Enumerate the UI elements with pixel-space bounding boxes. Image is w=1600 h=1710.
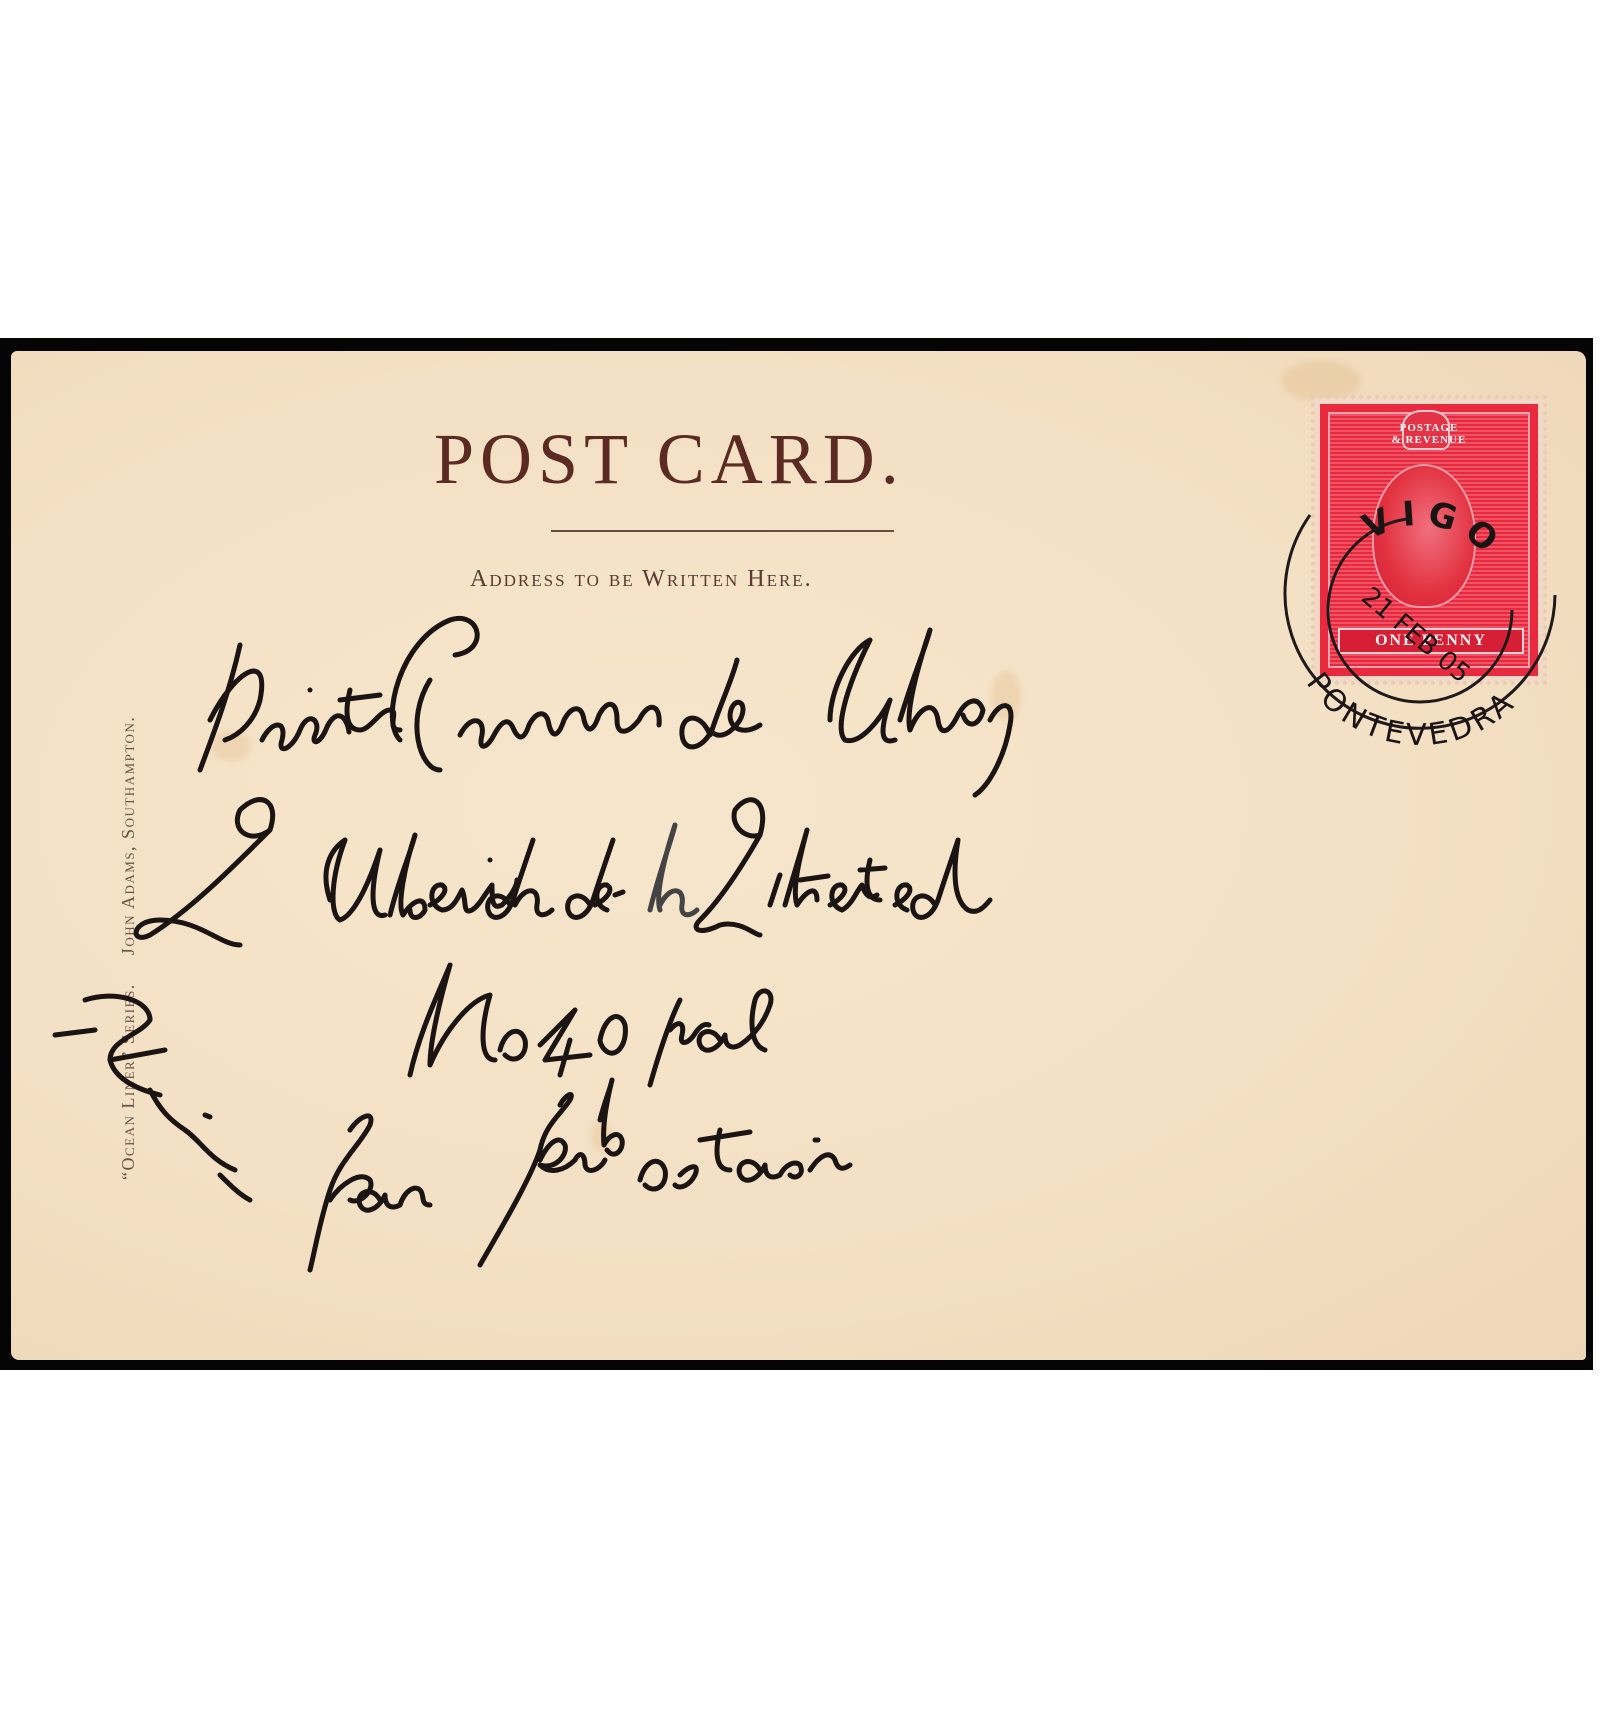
- handwritten-address: [0, 0, 1600, 1710]
